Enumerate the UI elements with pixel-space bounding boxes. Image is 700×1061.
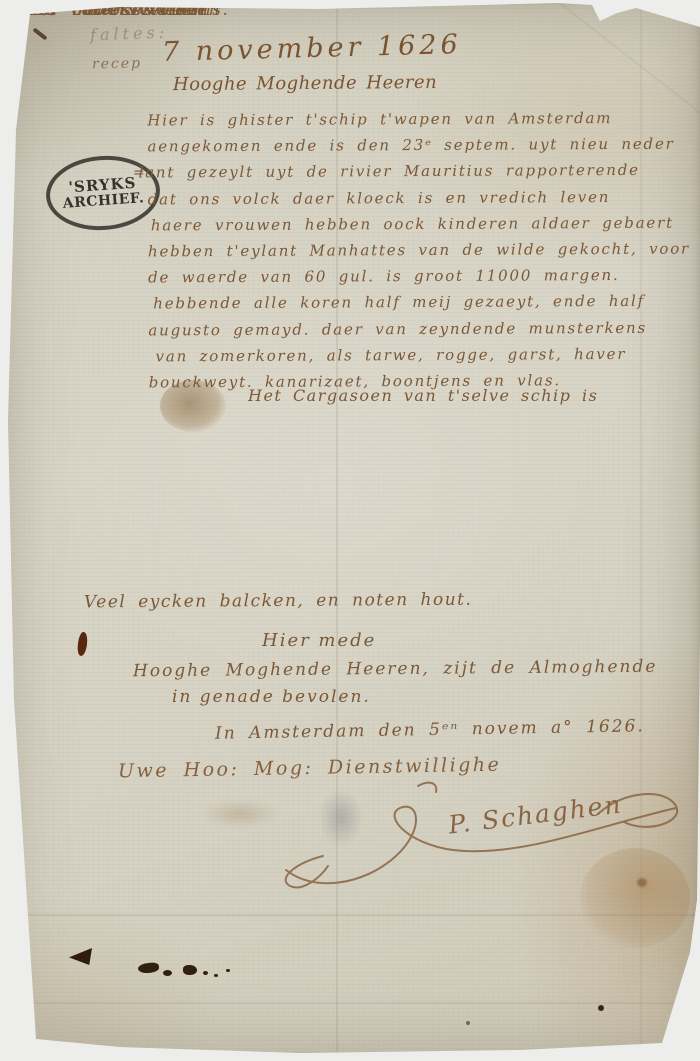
ink-speck (226, 969, 230, 972)
faded-clerk-note: faltes: (90, 23, 169, 45)
fold-crease-horizontal (0, 1002, 700, 1004)
body-line: van zomerkoren, als tarwe, rogge, garst,… (155, 344, 690, 373)
salutation: Hooghe Moghende Heeren (173, 72, 437, 95)
closing-intro: Hier mede (262, 630, 376, 651)
cargo-row: 34ratte vellekens. (0, 0, 229, 20)
manuscript-paper: 'SRYKS ARCHIEF. faltes: recep 7 november… (0, 0, 700, 1061)
document-scan: 'SRYKS ARCHIEF. faltes: recep 7 november… (0, 0, 700, 1061)
ink-speck (598, 1005, 604, 1011)
body-line: aengekomen ende is den 23ᵉ septem. uyt n… (147, 135, 689, 164)
body-line: dat ons volck daer kloeck is en vredich … (148, 187, 690, 216)
body-line: hebben t'eylant Manhattes van de wilde g… (148, 240, 690, 269)
cargo-heading: Het Cargasoen van t'selve schip is (248, 386, 598, 405)
ink-speck (203, 971, 208, 975)
timber-line: Veel eycken balcken, en noten hout. (84, 590, 473, 613)
body-line: hebbende alle koren half meij gezaeyt, e… (153, 292, 690, 321)
ink-blot (163, 970, 172, 976)
cargo-desc: ratte vellekens. (72, 0, 229, 20)
body-line: augusto gemayd. daer van zeyndende munst… (148, 318, 690, 347)
cargo-qty: 34 (0, 0, 58, 20)
body-line: lant gezeylt uyt de rivier Mauritius rap… (139, 161, 690, 190)
letter-body: Hier is ghister t'schip t'wapen van Amst… (147, 109, 691, 400)
body-line: Hier is ghister t'schip t'wapen van Amst… (147, 109, 689, 138)
closing-line: in genade bevolen. (172, 687, 371, 707)
body-line: haere vrouwen hebben oock kinderen aldae… (151, 213, 690, 242)
ink-speck (214, 974, 218, 977)
body-line: de waerde van 60 gul. is groot 11000 mar… (148, 266, 690, 295)
ink-speck (466, 1021, 470, 1025)
ink-blot (183, 965, 197, 975)
receipt-note: recep (92, 56, 142, 73)
